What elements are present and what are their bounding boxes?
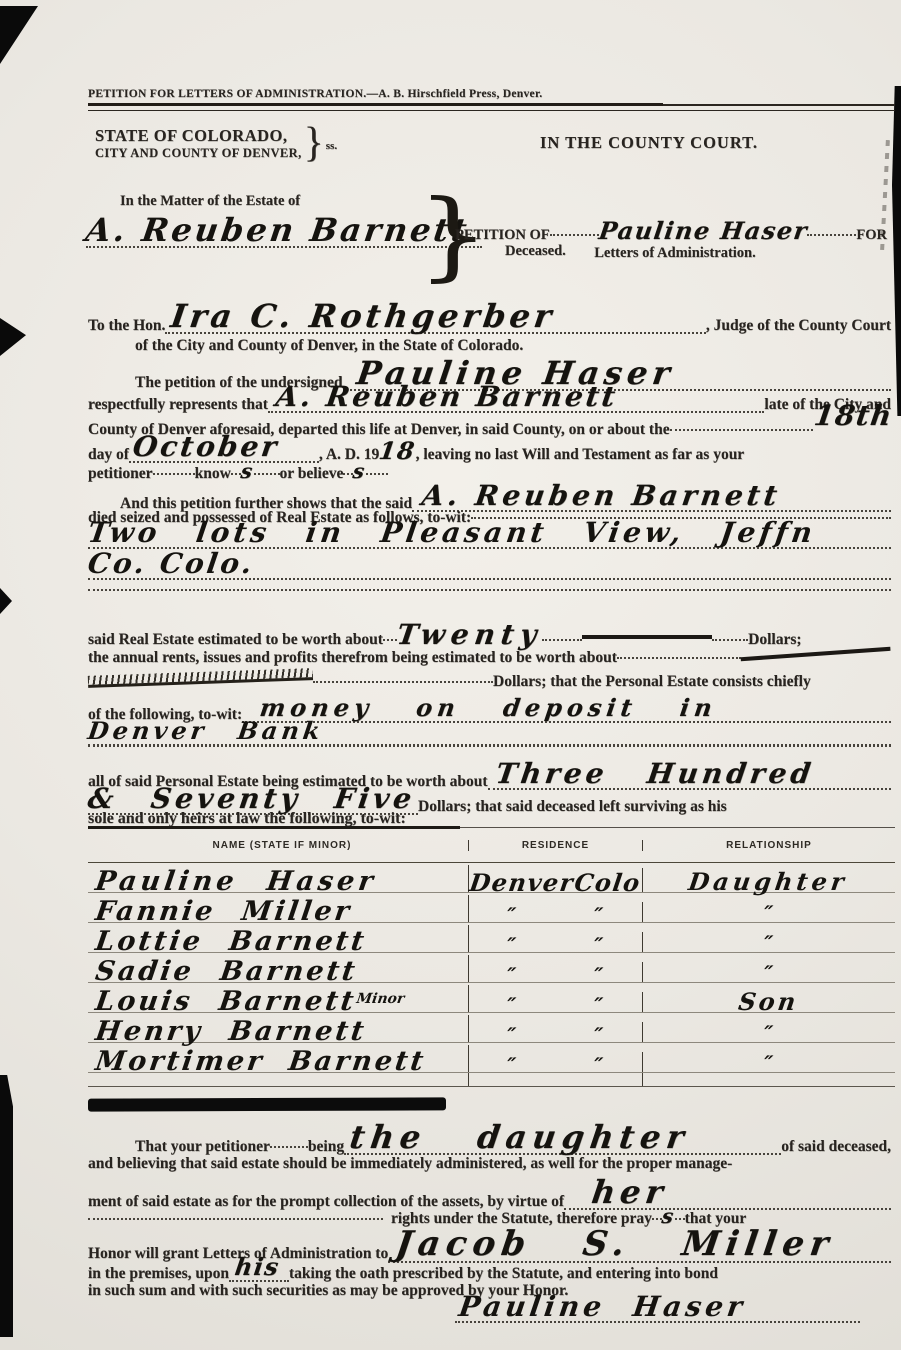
heir-residence-city: ″ <box>505 935 518 955</box>
scan-artifact-left-strip <box>0 1075 13 1337</box>
heirs-table: NAME (STATE IF MINOR) RESIDENCE RELATION… <box>88 828 895 1087</box>
administrator-name-handwritten: Jacob S. Miller <box>394 1227 837 1261</box>
line-annual-rents: the annual rents, issues and profits the… <box>88 649 891 667</box>
heir-row: Lottie Barnett ″″ ″ <box>88 923 895 953</box>
heir-relationship: Daughter <box>687 870 849 894</box>
header-name: NAME (STATE IF MINOR) <box>88 840 469 851</box>
heir-row: Henry Barnett ″″ ″ <box>88 1013 895 1043</box>
redacted-line <box>88 1097 446 1111</box>
personal-value-handwritten-1: Three Hundred <box>494 760 816 788</box>
header-residence: RESIDENCE <box>469 840 643 851</box>
heir-residence-city: ″ <box>505 1025 518 1045</box>
heirs-table-header: NAME (STATE IF MINOR) RESIDENCE RELATION… <box>88 828 895 863</box>
heir-residence-state: ″ <box>592 965 605 985</box>
printer-line: PETITION FOR LETTERS OF ADMINISTRATION.—… <box>88 88 542 100</box>
venue-county: CITY AND COUNTY OF DENVER, <box>95 146 302 161</box>
heir-relationship: ″ <box>762 903 775 923</box>
real-estate-value-handwritten: Twenty <box>395 621 544 649</box>
heir-name: Sadie Barnett <box>94 958 360 985</box>
heir-residence-city: ″ <box>505 905 518 925</box>
blank-dotted-line-2 <box>88 748 891 750</box>
heir-residence-city: ″ <box>505 965 518 985</box>
caption-matter-line: In the Matter of the Estate of <box>120 193 891 210</box>
line-city-county: of the City and County of Denver, in the… <box>135 337 891 355</box>
heir-row: Pauline Haser DenverColo Daughter <box>88 863 895 893</box>
heir-name: Mortimer Barnett <box>94 1048 428 1075</box>
death-month-handwritten: October <box>131 433 281 461</box>
header-relationship: RELATIONSHIP <box>643 840 895 851</box>
line-rents-dollars: Dollars; that the Personal Estate consis… <box>88 673 891 691</box>
heir-residence-state: ″ <box>592 995 605 1015</box>
heir-row: Fannie Miller ″″ ″ <box>88 893 895 923</box>
decedent-name-handwritten-2: A. Reuben Barnett <box>274 383 620 411</box>
know-s-handwritten: s <box>239 461 255 481</box>
line-premises: in the premises, upon his taking the oat… <box>88 1258 891 1285</box>
heir-residence-state: ″ <box>592 1025 605 1045</box>
masthead-rule-heavy <box>88 103 663 106</box>
relation-handwritten: the daughter <box>348 1121 692 1153</box>
heir-residence-city: Denver <box>467 871 575 895</box>
heir-name: Lottie Barnett <box>94 928 369 955</box>
death-day-handwritten: 18th <box>812 402 894 430</box>
his-handwritten: his <box>233 1255 281 1279</box>
heir-row: Mortimer Barnett ″″ ″ <box>88 1043 895 1073</box>
heir-relationship: ″ <box>762 933 775 953</box>
heir-name: Pauline Haser <box>94 868 379 895</box>
scanned-document-page: PETITION FOR LETTERS OF ADMINISTRATION.—… <box>0 0 901 1350</box>
death-year-handwritten: 18 <box>378 439 418 463</box>
pray-s-handwritten: s <box>660 1206 676 1226</box>
venue-state: STATE OF COLORADO, <box>95 126 302 146</box>
signature-handwritten: Pauline Haser <box>457 1293 748 1321</box>
venue-brace: } <box>304 124 324 162</box>
caption-letters-line: Letters of Administration. <box>465 245 885 262</box>
decedent-name-handwritten-3: A. Reuben Barnett <box>420 482 783 510</box>
judge-name-handwritten: Ira C. Rothgerber <box>169 300 558 332</box>
petitioner-name-struck: Pauline Haser <box>599 219 808 244</box>
line-real-estate-worth: said Real Estate estimated to be worth a… <box>88 621 891 649</box>
heir-name: Henry Barnett <box>94 1018 369 1045</box>
value-dash-mark <box>582 635 712 639</box>
illegible-scribble <box>88 668 313 688</box>
venue-block: STATE OF COLORADO, CITY AND COUNTY OF DE… <box>95 124 337 162</box>
heir-relationship: ″ <box>762 963 775 983</box>
personal-estate-handwritten-1: money on deposit in <box>258 696 718 720</box>
rents-dash-mark <box>741 647 891 661</box>
heir-row: Louis BarnettMinor ″″ Son <box>88 983 895 1013</box>
court-title: IN THE COUNTY COURT. <box>540 133 891 153</box>
masthead: PETITION FOR LETTERS OF ADMINISTRATION.—… <box>88 88 891 100</box>
real-estate-handwritten-2: Co. Colo. <box>86 550 256 578</box>
heir-name: Fannie Miller <box>94 898 354 925</box>
heir-minor-note: Minor <box>355 992 405 1006</box>
line-to-hon: To the Hon. Ira C. Rothgerber , Judge of… <box>88 303 891 337</box>
line-real-estate-2: Co. Colo. <box>88 553 891 583</box>
heir-residence-state: ″ <box>592 1055 605 1075</box>
heir-residence-state: Colo <box>573 871 643 895</box>
real-estate-handwritten-1: Two lots in Pleasant View, Jeffn <box>86 519 818 547</box>
heir-relationship: Son <box>737 990 800 1014</box>
heir-residence-state: ″ <box>592 935 605 955</box>
heir-residence-city: ″ <box>505 1055 518 1075</box>
heir-name: Louis Barnett <box>94 988 359 1015</box>
caption-petition-line: PETITION OF Pauline Haser FOR <box>455 219 887 244</box>
line-believing: and believing that said estate should be… <box>88 1155 891 1173</box>
scan-artifact-left-small <box>0 588 12 614</box>
blank-dotted-line-1 <box>88 592 891 594</box>
her-handwritten: her <box>590 1176 670 1208</box>
signature-line: Pauline Haser <box>455 1296 860 1326</box>
decedent-name-handwritten: A. Reuben Barnett <box>84 214 472 246</box>
heir-relationship: ″ <box>762 1023 775 1043</box>
heir-residence-city: ″ <box>505 995 518 1015</box>
heir-row: Sadie Barnett ″″ ″ <box>88 953 895 983</box>
scan-artifact-top-left <box>0 6 38 64</box>
heir-relationship: ″ <box>762 1053 775 1073</box>
scan-artifact-right-strip <box>892 86 901 416</box>
personal-estate-handwritten-2: Denver Bank <box>86 719 325 743</box>
scan-artifact-left-mid <box>0 318 26 356</box>
line-that-petitioner: That your petitioner being the daughter … <box>135 1124 891 1158</box>
personal-value-handwritten-2: & Seventy Five <box>86 785 417 813</box>
heir-residence-state: ″ <box>592 905 605 925</box>
venue-ss: ss. <box>326 140 337 152</box>
believe-s-handwritten: s <box>352 461 368 481</box>
